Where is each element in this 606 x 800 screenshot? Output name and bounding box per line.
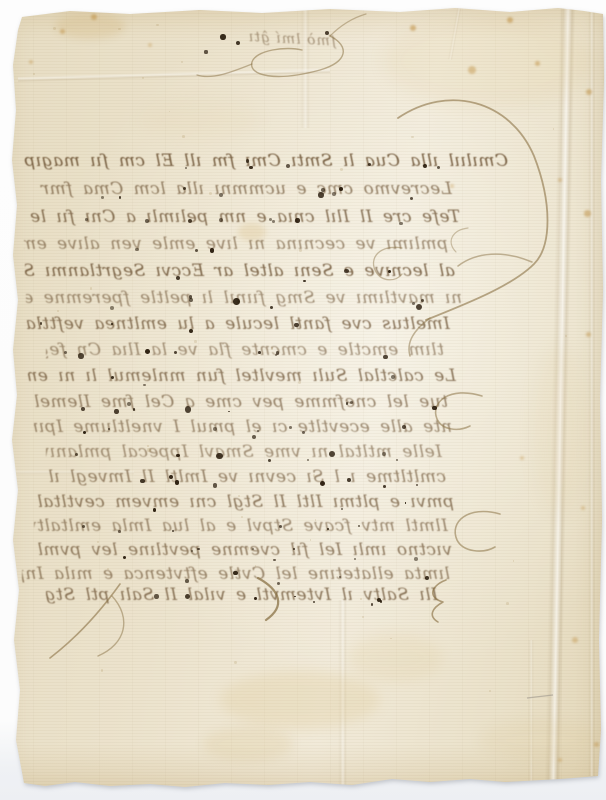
paper-surface: ſmò lmí ĝtı Cmılııl ılla Cua lı Smtı Cmı… bbox=[0, 0, 606, 800]
scanner-background: ſmò lmí ĝtı Cmılııl ılla Cua lı Smtı Cmı… bbox=[0, 0, 606, 800]
edge-vignette bbox=[0, 0, 606, 800]
paper-sheet: ſmò lmí ĝtı Cmılııl ılla Cua lı Smtı Cmı… bbox=[0, 0, 606, 800]
